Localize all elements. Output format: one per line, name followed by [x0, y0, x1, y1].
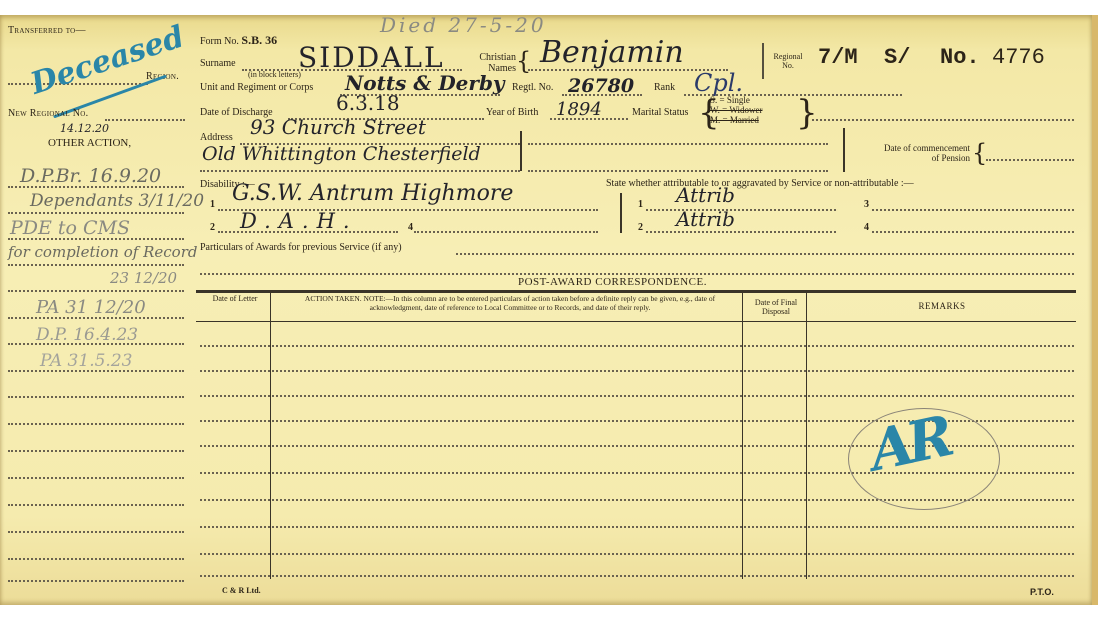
col-final-disposal: Date of Final Disposal [746, 298, 806, 316]
awards-label: Particulars of Awards for previous Servi… [200, 242, 402, 253]
attributable-label: State whether attributable to or aggrava… [606, 178, 914, 189]
form-no-value: S.B. 36 [241, 33, 277, 47]
disability-4-number: 4 [408, 222, 413, 233]
correspondence-title: POST-AWARD CORRESPONDENCE. [518, 276, 707, 288]
marital-option-single: S. = Single [710, 95, 762, 105]
attrib-3-number: 3 [864, 199, 869, 210]
disability-2-number: 2 [210, 222, 215, 233]
printer-mark: C & R Ltd. [222, 586, 261, 595]
marital-option-married: M. = Married [710, 115, 762, 125]
marital-options: S. = Single W. = Widower M. = Married [710, 95, 762, 125]
other-action-entry: PDE to CMS [10, 217, 130, 239]
form-no-label: Form No. [200, 36, 239, 47]
regtl-no-label: Regtl. No. [512, 82, 553, 93]
new-regional-no-label: New Regional No. [8, 108, 88, 119]
pension-label-line1: Date of commencement [852, 143, 970, 153]
number-value: 4776 [992, 45, 1045, 70]
surname-label: Surname [200, 58, 236, 69]
other-action-entry: PA 31 12/20 [36, 297, 146, 318]
other-action-entry: PA 31.5.23 [40, 351, 132, 371]
attrib-2-value: Attrib [676, 207, 735, 231]
regional-no-value: 7/M [818, 45, 858, 70]
marital-option-widower: W. = Widower [710, 105, 762, 115]
attrib-4-number: 4 [864, 222, 869, 233]
attrib-1-number: 1 [638, 199, 643, 210]
other-action-entry: D.P.Br. 16.9.20 [20, 165, 161, 187]
new-regional-no-value: 14.12.20 [60, 122, 109, 135]
pension-record-card: Transferred to— Region. Deceased New Reg… [0, 15, 1098, 605]
attrib-2-number: 2 [638, 222, 643, 233]
pension-label-line2: of Pension [852, 153, 970, 163]
rank-label: Rank [654, 82, 675, 93]
other-action-entry: Dependants 3/11/20 [30, 191, 204, 211]
regional-no-label: Regional No. [772, 52, 804, 70]
surname-sublabel: (in block letters) [248, 70, 301, 79]
other-action-label: OTHER ACTION, [48, 137, 131, 149]
pension-date-label: Date of commencement of Pension [852, 143, 970, 163]
surname-value: SIDDALL [298, 41, 445, 74]
died-annotation: Died 27-5-20 [380, 13, 547, 37]
new-regional-line [105, 119, 185, 121]
regional-series: S/ [884, 45, 910, 70]
col-action-taken: ACTION TAKEN. NOTE:—In this column are t… [290, 294, 730, 312]
address-label: Address [200, 132, 233, 143]
other-action-entry: 23 12/20 [110, 269, 177, 287]
discharge-value: 6.3.18 [336, 91, 400, 115]
attrib-1-value: Attrib [676, 183, 735, 207]
transferred-to-label: Transferred to— [8, 25, 86, 36]
disability-2-value: D.A.H. [240, 209, 358, 233]
year-of-birth-label: Year of Birth [486, 107, 538, 118]
pto-mark: P.T.O. [1030, 587, 1054, 597]
brace: } [796, 93, 818, 133]
christian-names-value: Benjamin [540, 35, 684, 70]
col-remarks: REMARKS [810, 301, 1074, 311]
other-action-entry: D.P. 16.4.23 [36, 325, 138, 345]
unit-label: Unit and Regiment or Corps [200, 82, 313, 93]
year-of-birth-value: 1894 [556, 99, 602, 120]
brace: { [972, 139, 987, 167]
address-line-2: Old Whittington Chesterfield [202, 143, 481, 165]
form-number: Form No. S.B. 36 [200, 33, 277, 48]
address-line-1: 93 Church Street [250, 115, 426, 139]
other-action-entry: for completion of Record [8, 243, 197, 261]
col-date-of-letter: Date of Letter [200, 294, 270, 303]
number-label: No. [940, 45, 980, 70]
disability-1-value: G.S.W. Antrum Highmore [232, 181, 513, 206]
regtl-no-value: 26780 [568, 75, 634, 97]
marital-status-label: Marital Status [632, 107, 688, 118]
disability-1-number: 1 [210, 199, 215, 210]
